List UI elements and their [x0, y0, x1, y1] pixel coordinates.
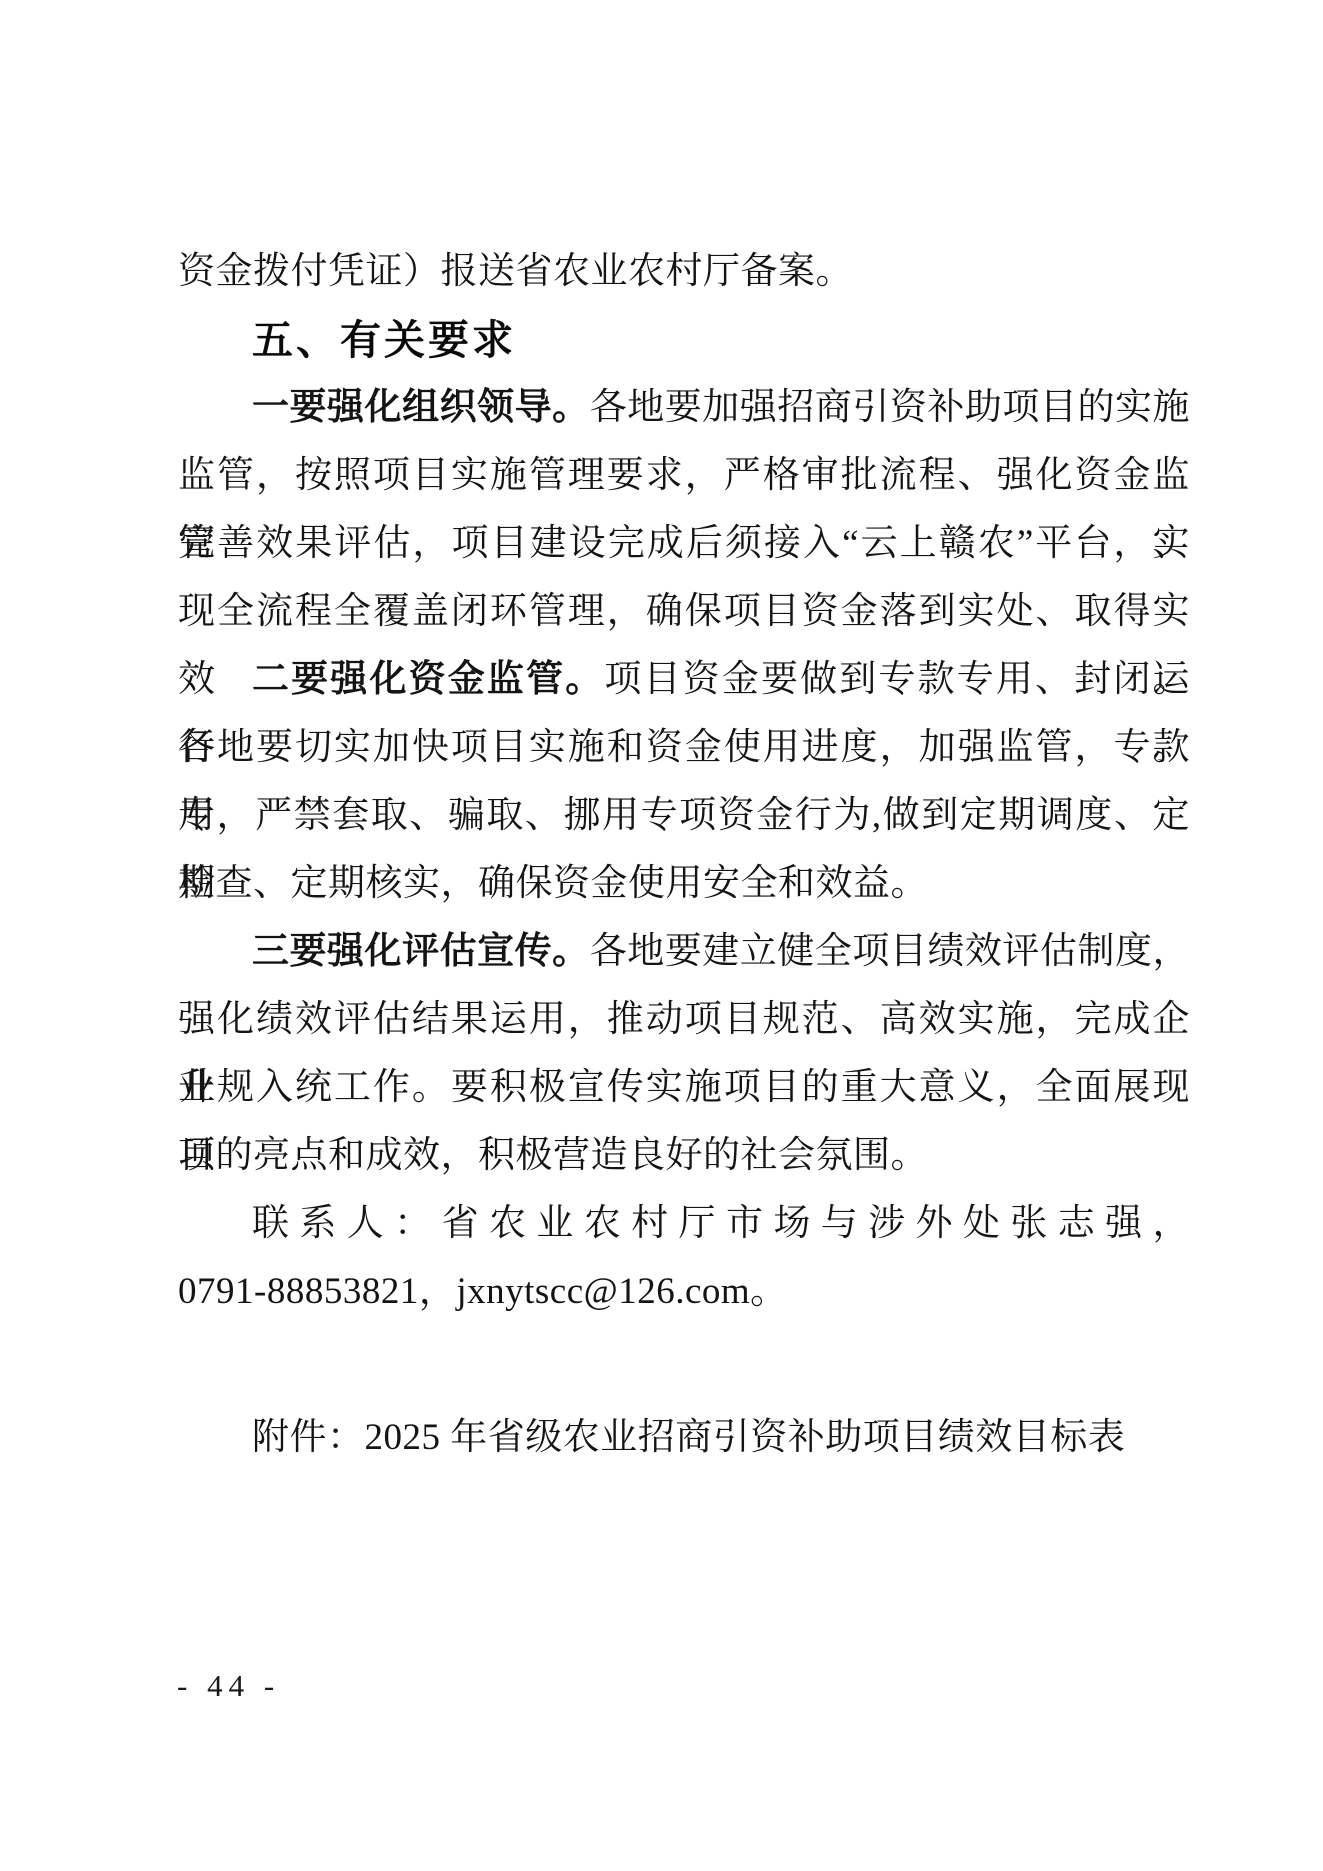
text-line: 各地要切实加快项目实施和资金使用进度，加强监管，专款专: [178, 714, 1190, 782]
text-line: 检查、定期核实，确保资金使用安全和效益。: [178, 850, 1190, 918]
text-line: 强化绩效评估结果运用，推动项目规范、高效实施，完成企业: [178, 986, 1190, 1054]
text-line: 三要强化评估宣传。各地要建立健全项目绩效评估制度，: [178, 918, 1190, 986]
text-line: 升规入统工作。要积极宣传实施项目的重大意义，全面展现项: [178, 1054, 1190, 1122]
document-page: 资金拨付凭证）报送省农业农村厅备案。 五、有关要求 一要强化组织领导。各地要加强…: [0, 0, 1323, 1871]
paragraph-text: 各地要建立健全项目绩效评估制度，: [590, 931, 1190, 972]
text-line: 现全流程全覆盖闭环管理，确保项目资金落到实处、取得实效。: [178, 578, 1190, 646]
text-line: 用，严禁套取、骗取、挪用专项资金行为,做到定期调度、定期: [178, 782, 1190, 850]
text-line: 一要强化组织领导。各地要加强招商引资补助项目的实施: [178, 374, 1190, 442]
text-line: 二要强化资金监管。项目资金要做到专款专用、封闭运行。: [178, 646, 1190, 714]
paragraph-lead: 一要强化组织领导。: [252, 387, 590, 428]
text-line: 监管，按照项目实施管理要求，严格审批流程、强化资金监管、: [178, 442, 1190, 510]
section-heading: 五、有关要求: [178, 306, 1190, 374]
blank-line: [178, 1326, 1190, 1394]
paragraph-text: 各地要加强招商引资补助项目的实施: [590, 387, 1190, 428]
text-line: 目的亮点和成效，积极营造良好的社会氛围。: [178, 1122, 1190, 1190]
contact-phone-email: 0791-88853821，jxnytscc@126.com。: [178, 1258, 1190, 1326]
text-line-continuation: 资金拨付凭证）报送省农业农村厅备案。: [178, 238, 1190, 306]
text-line: 完善效果评估，项目建设完成后须接入“云上赣农”平台，实: [178, 510, 1190, 578]
page-number: - 44 -: [177, 1662, 280, 1710]
contact-line: 联系人：省农业农村厅市场与涉外处张志强，: [178, 1190, 1190, 1258]
attachment-line: 附件：2025 年省级农业招商引资补助项目绩效目标表: [178, 1404, 1190, 1472]
paragraph-lead: 二要强化资金监管。: [252, 659, 604, 700]
document-body: 资金拨付凭证）报送省农业农村厅备案。 五、有关要求 一要强化组织领导。各地要加强…: [178, 238, 1190, 1472]
paragraph-lead: 三要强化评估宣传。: [252, 931, 590, 972]
